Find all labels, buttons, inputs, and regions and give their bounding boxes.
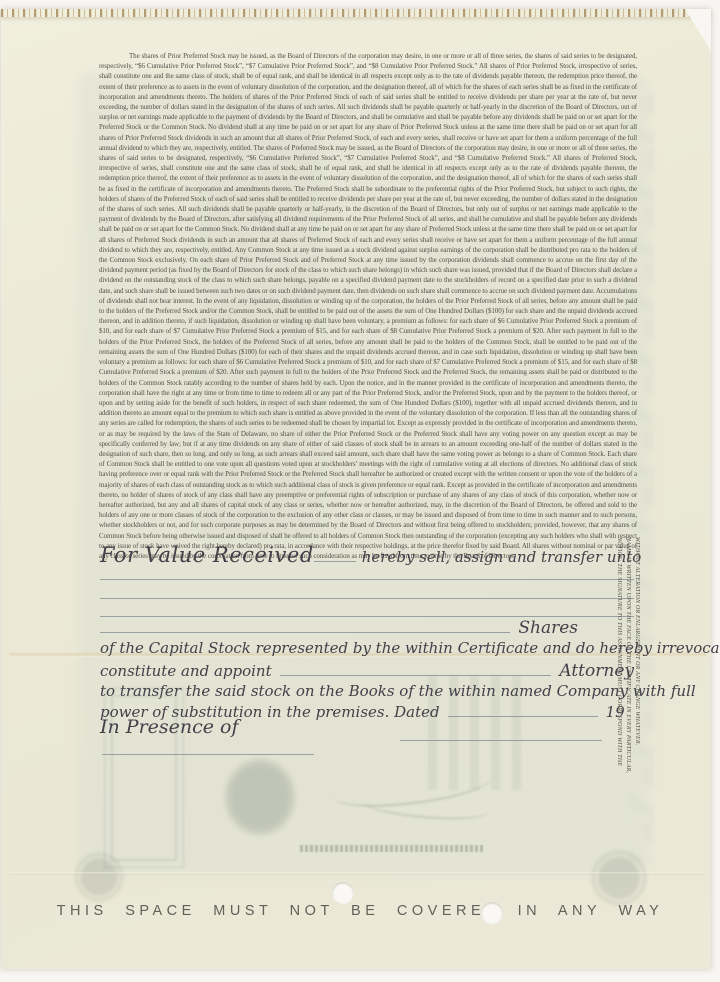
transfer-row: to transfer the said stock on the Books … xyxy=(100,682,634,700)
notice-line-2: NAME AS WRITTEN UPON THE FACE OF THE CER… xyxy=(623,537,632,765)
hereby-sell-label: hereby sell, assign and transfer unto xyxy=(362,548,642,566)
notice-line-3: WITHOUT ALTERATION OR ENLARGEMENT OR ANY… xyxy=(632,537,641,765)
torn-corner-top-right xyxy=(685,9,711,51)
blank-line-1 xyxy=(100,579,634,580)
shares-label: Shares xyxy=(518,618,578,638)
in-presence-of-label: In Presence of xyxy=(100,716,239,738)
for-value-received-label: For Value Received xyxy=(100,543,314,567)
capital-stock-row: of the Capital Stock represented by the … xyxy=(100,639,634,657)
signature-line-right xyxy=(400,740,602,741)
notice-line-1: NOTICE: THE SIGNATURE TO THIS ASSIGNMENT… xyxy=(614,537,623,765)
assignee-name-blank xyxy=(314,547,356,562)
attorney-name-blank xyxy=(280,661,552,676)
shares-count-blank xyxy=(100,618,510,633)
space-warning-text: THIS SPACE MUST NOT BE COVERED IN ANY WA… xyxy=(0,903,720,919)
punch-hole-top xyxy=(332,882,354,904)
constitute-row: constitute and appoint Attorney xyxy=(100,661,634,681)
transfer-text: to transfer the said stock on the Books … xyxy=(100,682,696,700)
constitute-text: constitute and appoint xyxy=(100,662,272,680)
punch-hole-bottom xyxy=(481,902,503,924)
blank-line-2 xyxy=(100,598,634,599)
assignment-header-row: For Value Received hereby sell, assign a… xyxy=(100,543,634,567)
scan-background: { "document": { "kind": "stock-certifica… xyxy=(0,0,720,982)
witness-line-left xyxy=(102,754,314,755)
blank-line-3 xyxy=(100,616,634,617)
legal-terms-paragraph: The shares of Prior Preferred Stock may … xyxy=(99,51,637,561)
deckled-top-edge xyxy=(1,9,711,17)
shares-row: Shares xyxy=(100,618,578,638)
fold-crease-bottom xyxy=(10,872,706,875)
signature-notice-sidebar: WITHOUT ALTERATION OR ENLARGEMENT OR ANY… xyxy=(614,537,641,765)
date-blank xyxy=(448,702,598,717)
